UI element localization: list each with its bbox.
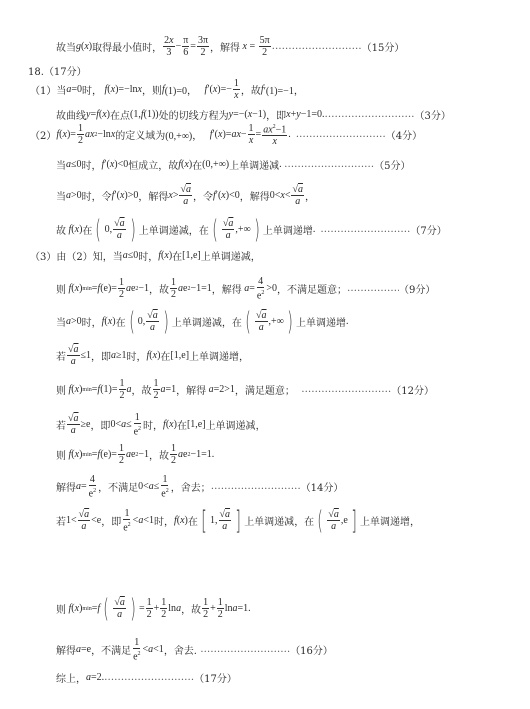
fraction: 1x: [233, 78, 240, 101]
line-a-nonpositive: 当 a≤0 时， f′(x)<0 恒成立，故 f(x) 在 (0,+∞) 上单调…: [56, 157, 410, 172]
text: ，解得: [176, 382, 206, 397]
fraction: 12: [118, 443, 125, 466]
line-case-le-1: 若 √aa ≤1 ，即 a≥1 时， f(x) 在 [1,e] 上单调递增，: [56, 344, 249, 367]
score-5: （5分）: [374, 157, 410, 172]
line-part2: （2） f(x)= 12 ax2−lnx 的定义域为 (0,+∞)， f′(x)…: [30, 122, 422, 147]
text: ，故: [149, 281, 169, 296]
text: 时，: [82, 188, 102, 203]
text: ，即: [91, 348, 111, 363]
fraction: 5π2: [259, 35, 271, 58]
text: 故曲线: [56, 107, 86, 122]
text: 故当: [56, 39, 76, 54]
text: 则: [56, 281, 66, 296]
text: 综上，: [56, 670, 86, 685]
score-7: （7分）: [410, 222, 446, 237]
fraction: 1e2: [160, 474, 169, 499]
text: ，在: [222, 314, 242, 329]
line-reject-2: 解得 a=e ，不满足 1e2 <a<1 ，舍去. ……………………… （16分…: [56, 637, 333, 662]
text: （2）: [30, 127, 56, 142]
text: ，解得: [212, 281, 242, 296]
leader-dots: ………………………: [272, 41, 362, 52]
fraction: √aa: [222, 218, 235, 241]
score-16: （16分）: [290, 642, 333, 657]
text: 当: [56, 188, 66, 203]
fraction: 1e2: [133, 412, 142, 437]
text: 的定义域为: [115, 127, 165, 142]
fraction: π6: [182, 35, 189, 58]
text: 解得: [56, 479, 76, 494]
fraction: 4e2: [88, 474, 97, 499]
text: 上单调递增: [360, 513, 410, 528]
fraction: 12: [217, 597, 224, 620]
text: ，解得: [240, 188, 270, 203]
line-case-min-sqrt: 则 f(x)min=f ( √aa ) = 12 + 12 lna ，故 12 …: [56, 597, 251, 620]
leader-dots: ………………………: [324, 109, 414, 120]
text: 解得: [56, 642, 76, 657]
text: 上单调递增: [263, 222, 313, 237]
text: ，舍去；: [171, 479, 211, 494]
fraction: √aa: [113, 218, 126, 241]
leader-dots: ………………………: [211, 481, 301, 492]
fraction: 12: [119, 378, 126, 401]
leader-dots: ………………………: [284, 159, 374, 170]
score-15: （15分）: [362, 39, 405, 54]
fraction: 12: [146, 597, 153, 620]
question-18-header: 18.（17分）: [28, 63, 87, 78]
leader-dots: ………………………: [320, 224, 410, 235]
leader-dots: ………………………: [200, 644, 290, 655]
text: （1）当: [30, 82, 66, 97]
line-tangent: 故曲线 y=f(x) 在点 (1,f(1)) 处的切线方程为 y=−(x−1) …: [56, 107, 451, 122]
text: 在: [82, 222, 92, 237]
text: 则: [56, 382, 66, 397]
fraction: √aa: [219, 509, 232, 532]
fraction: 12: [202, 597, 209, 620]
line-case-min-e: 则 f(x)min=f(e)= 12 ae2−1 ，故 12 ae2−1=1 ，…: [56, 276, 435, 301]
text: ，即: [90, 417, 110, 432]
text: 时，: [138, 248, 158, 263]
text: 当: [56, 157, 66, 172]
text: 恒成立，故: [128, 157, 178, 172]
score-4: （4分）: [386, 127, 422, 142]
fraction: ax2−1x: [262, 122, 287, 147]
question-number: 18.（17分）: [28, 63, 87, 78]
text: 取得最小值时，: [92, 39, 162, 54]
score-3: （3分）: [414, 107, 450, 122]
line-case-min-1: 则 f(x)min=f(1)= 12 a ，故 12 a=1 ，解得 a=2>1…: [56, 378, 434, 401]
text: ，故: [181, 601, 201, 616]
text: 上单调递减: [139, 222, 189, 237]
text: 上单调递减: [229, 157, 279, 172]
fraction: 12: [118, 277, 125, 300]
leader-dots: ………………………: [296, 129, 386, 140]
text: ，在: [294, 513, 314, 528]
text: 当: [56, 314, 66, 329]
line-a-positive-2: 当 a>0 时， f(x) 在 (0, √aa ) 上单调递减 ，在 ( √aa…: [56, 310, 348, 333]
text: 若: [56, 513, 66, 528]
leader-dots: ………………………: [104, 672, 194, 683]
text: 时，: [82, 314, 102, 329]
fraction: √aa: [255, 310, 268, 333]
text: ，则: [142, 82, 162, 97]
fraction: √aa: [67, 344, 80, 367]
text: ，在: [189, 222, 209, 237]
score-17: （17分）: [194, 670, 237, 685]
fraction: 12: [170, 443, 177, 466]
text: 则: [56, 601, 66, 616]
text: 若: [56, 417, 66, 432]
line-1: 故当 g(x) 取得最小值时， 2x3 − π6 = 3π2 ，解得 x = 5…: [56, 35, 404, 58]
text: 在: [116, 314, 126, 329]
line-reject-1: 解得 a= 4e2 ，不满足 0<a≤ 1e2 ，舍去； ……………………… （…: [56, 474, 343, 499]
text: ，解得: [210, 39, 240, 54]
fraction: 4e2: [256, 276, 265, 301]
fraction: 12: [170, 277, 177, 300]
text: （3）由（2）知，当: [30, 248, 123, 263]
fraction: √aa: [67, 413, 80, 436]
line-case-ge-e: 若 √aa ≥e ，即 0<a≤ 1e2 时， f(x) 在 [1,e] 上单调…: [56, 412, 266, 437]
text: ，故: [132, 382, 152, 397]
score-12: （12分）: [391, 382, 434, 397]
fraction: 12: [160, 597, 167, 620]
text: 在: [160, 348, 170, 363]
text: 故: [56, 222, 66, 237]
text: ，故: [149, 447, 169, 462]
fraction: 1e2: [122, 508, 131, 533]
fraction: 12: [153, 378, 160, 401]
fraction: √aa: [78, 509, 91, 532]
text: 上单调递增: [296, 314, 346, 329]
line-a-positive: 当 a>0 时， 令f′(x)>0 ，解得 x> √aa ，令 f′(x)<0 …: [56, 184, 315, 207]
leader-dots: ………………………: [347, 283, 399, 294]
score-14: （14分）: [301, 479, 344, 494]
text: 上单调递减: [206, 417, 256, 432]
text: ，令: [193, 188, 213, 203]
text: 时，: [82, 157, 102, 172]
line-monotonic: 故 f(x) 在 (0, √aa ) 上单调递减 ，在 ( √aa ,+∞) 上…: [56, 218, 447, 241]
line-case-between: 若 1< √aa <e ，即 1e2 <a<1 时， f(x) 在 [1, √a…: [56, 508, 420, 533]
line-conclusion: 综上， a=2. ……………………… （17分）: [56, 670, 237, 685]
text: 处的切线方程为: [159, 107, 229, 122]
text: 在: [177, 417, 187, 432]
text: 上单调递减: [172, 314, 222, 329]
text: 上单调递增: [189, 348, 239, 363]
line-part3: （3）由（2）知，当 a≤0 时， f(x) 在 [1,e] 上单调递减，: [30, 248, 261, 263]
text: ，故: [241, 82, 261, 97]
text: 若: [56, 348, 66, 363]
text: 时，: [154, 513, 174, 528]
fraction: 1x: [248, 123, 255, 146]
fraction: 1e2: [132, 637, 141, 662]
fraction: √aa: [146, 310, 159, 333]
text: ，不满足: [98, 479, 138, 494]
text: 则: [56, 447, 66, 462]
text: ，不满足: [91, 642, 131, 657]
text: 在: [172, 248, 182, 263]
fraction: 2x3: [163, 35, 174, 58]
text: 时，: [143, 417, 163, 432]
line-case-min-e-2: 则 f(x)min=f(e)= 12 ae2−1 ，故 12 ae2−1=1.: [56, 443, 214, 466]
text: 时，: [127, 348, 147, 363]
text: ，满足题意；: [235, 382, 295, 397]
fraction: 3π2: [197, 35, 209, 58]
text: ，解得: [138, 188, 168, 203]
fraction: √aa: [327, 509, 340, 532]
text: 时，: [82, 82, 102, 97]
text: 在: [192, 157, 202, 172]
text: ，即: [266, 107, 286, 122]
fraction: √aa: [291, 184, 304, 207]
text: 上单调递减: [244, 513, 294, 528]
text: ，舍去.: [164, 642, 197, 657]
text: ，即: [101, 513, 121, 528]
score-9: （9分）: [399, 281, 435, 296]
fraction: √aa: [113, 597, 126, 620]
fraction: 12: [77, 123, 84, 146]
leader-dots: ………………………: [301, 384, 391, 395]
fraction: √aa: [179, 184, 192, 207]
line-part1: （1）当 a=0 时， f(x)=−lnx ，则 f(1)=0， f′(x)=−…: [30, 78, 304, 101]
text: ，不满足题意；: [277, 281, 347, 296]
text: 在: [188, 513, 198, 528]
text: 在点: [110, 107, 130, 122]
text: 上单调递减: [201, 248, 251, 263]
